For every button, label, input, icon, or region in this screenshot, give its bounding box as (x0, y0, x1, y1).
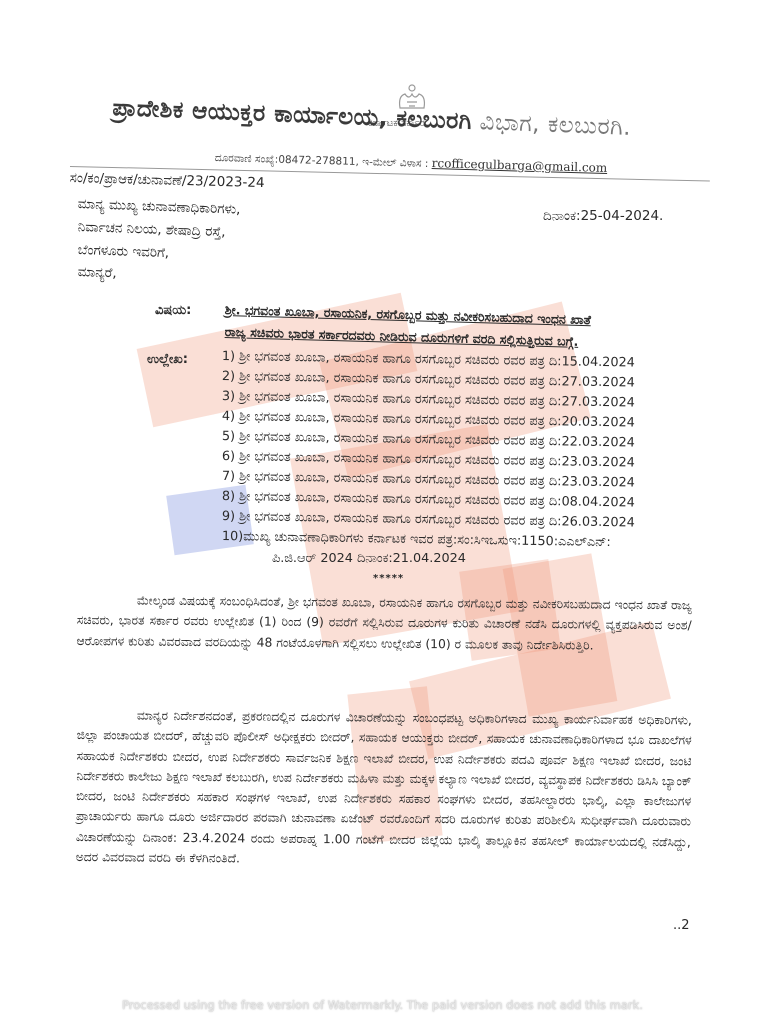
letter-date: ದಿನಾಂಕ:25-04-2024. (543, 208, 663, 224)
addressee-line: ನಿರ್ವಾಚನ ನಿಲಯ, ಶೇಷಾದ್ರಿ ರಸ್ತೆ, (77, 219, 225, 240)
addressee-line: ಬೆಂಗಳೂರು ಇವರಿಗೆ, (77, 242, 169, 261)
body-paragraph: ಮೇಲ್ಕಂಡ ವಿಷಯಕ್ಕೆ ಸಂಬಂಧಿಸಿದಂತೆ, ಶ್ರೀ ಭಗವಂ… (76, 590, 692, 656)
paragraph-text: ಮೇಲ್ಕಂಡ ವಿಷಯಕ್ಕೆ ಸಂಬಂಧಿಸಿದಂತೆ, ಶ್ರೀ ಭಗವಂ… (76, 594, 691, 653)
email-link[interactable]: rcofficegulbarga@gmail.com (432, 156, 608, 175)
reference-item: 1) ಶ್ರೀ ಭಗವಂತ ಖೂಬಾ, ರಸಾಯನಿಕ ಹಾಗೂ ರಸಗೊಬ್ಬ… (222, 349, 635, 370)
footer-watermark-text: Processed using the free version of Wate… (0, 998, 765, 1012)
references-label: ಉಲ್ಲೇಖ: (147, 352, 188, 367)
subject-line: ರಾಜ್ಯ ಸಚಿವರು ಭಾರತ ಸರ್ಕಾರದವರು ನೀಡಿರುವ ದೂರ… (225, 324, 579, 350)
reference-item-continuation: ಪಿ.ಜಿ.ಆರ್ 2024 ದಿನಾಂಕ:21.04.2024 (272, 551, 466, 566)
reference-item: 5) ಶ್ರೀ ಭಗವಂತ ಖೂಬಾ, ರಸಾಯನಿಕ ಹಾಗೂ ರಸಗೊಬ್ಬ… (222, 429, 635, 450)
reference-item: 3) ಶ್ರೀ ಭಗವಂತ ಖೂಬಾ, ರಸಾಯನಿಕ ಹಾಗೂ ರಸಗೊಬ್ಬ… (222, 389, 635, 410)
reference-item: 6) ಶ್ರೀ ಭಗವಂತ ಖೂಬಾ, ರಸಾಯನಿಕ ಹಾಗೂ ರಸಗೊಬ್ಬ… (222, 449, 635, 470)
paragraph-text: ಮಾನ್ಯರ ನಿರ್ದೇಶನದಂತೆ, ಪ್ರಕರಣದಲ್ಲಿನ ದೂರುಗಳ… (76, 709, 692, 866)
reference-item: 9) ಶ್ರೀ ಭಗವಂತ ಖೂಬಾ, ರಸಾಯನಿಕ ಹಾಗೂ ರಸಗೊಬ್ಬ… (222, 509, 635, 530)
reference-item: 4) ಶ್ರೀ ಭಗವಂತ ಖೂಬಾ, ರಸಾಯನಿಕ ಹಾಗೂ ರಸಗೊಬ್ಬ… (222, 409, 635, 430)
office-title: ಪ್ರಾದೇಶಿಕ ಆಯುಕ್ತರ ಕಾರ್ಯಾಲಯ, ಕಲಬುರಗಿ ವಿಭಾ… (112, 95, 632, 141)
reference-item: 10)ಮುಖ್ಯ ಚುನಾವಣಾಧಿಕಾರಿಗಳು ಕರ್ನಾಟಕ ಇವರ ಪತ… (222, 529, 611, 550)
page-continuation: ..2 (673, 918, 690, 933)
phone-number: ದೂರವಾಣಿ ಸಂಖ್ಯೆ:08472-278811, ಇ-ಮೇಲ್ ವಿಳಾ… (215, 152, 432, 170)
document-page: ಕರ್ನಾಟಕ ಸರ್ಕಾರ ಪ್ರಾದೇಶಿಕ ಆಯುಕ್ತರ ಕಾರ್ಯಾಲ… (0, 0, 765, 1024)
subject-label: ವಿಷಯ: (155, 303, 191, 318)
separator: ***** (373, 573, 404, 584)
reference-number: ಸಂ/ಕಂ/ಪ್ರಾಆಕ/ಚುನಾವಣೆ/23/2023-24 (70, 170, 265, 191)
subject-line: ಶ್ರೀ. ಭಗವಂತ ಖೂಬಾ, ರಸಾಯನಿಕ, ರಸಗೊಬ್ಬರ ಮತ್ತ… (225, 302, 592, 328)
reference-item: 7) ಶ್ರೀ ಭಗವಂತ ಖೂಬಾ, ರಸಾಯನಿಕ ಹಾಗೂ ರಸಗೊಬ್ಬ… (222, 469, 635, 490)
office-title-rest: ವಿಭಾಗ, ಕಲಬುರಗಿ. (471, 109, 631, 141)
salutation: ಮಾನ್ಯರೆ, (77, 264, 116, 281)
addressee-line: ಮಾನ್ಯ ಮುಖ್ಯ ಚುನಾವಣಾಧಿಕಾರಿಗಳು, (77, 196, 240, 218)
contact-line: ದೂರವಾಣಿ ಸಂಖ್ಯೆ:08472-278811, ಇ-ಮೇಲ್ ವಿಳಾ… (215, 150, 608, 176)
body-paragraph: ಮಾನ್ಯರ ನಿರ್ದೇಶನದಂತೆ, ಪ್ರಕರಣದಲ್ಲಿನ ದೂರುಗಳ… (76, 705, 692, 873)
reference-item: 8) ಶ್ರೀ ಭಗವಂತ ಖೂಬಾ, ರಸಾಯನಿಕ ಹಾಗೂ ರಸಗೊಬ್ಬ… (222, 489, 635, 510)
reference-item: 2) ಶ್ರೀ ಭಗವಂತ ಖೂಬಾ, ರಸಾಯನಿಕ ಹಾಗೂ ರಸಗೊಬ್ಬ… (222, 369, 635, 390)
